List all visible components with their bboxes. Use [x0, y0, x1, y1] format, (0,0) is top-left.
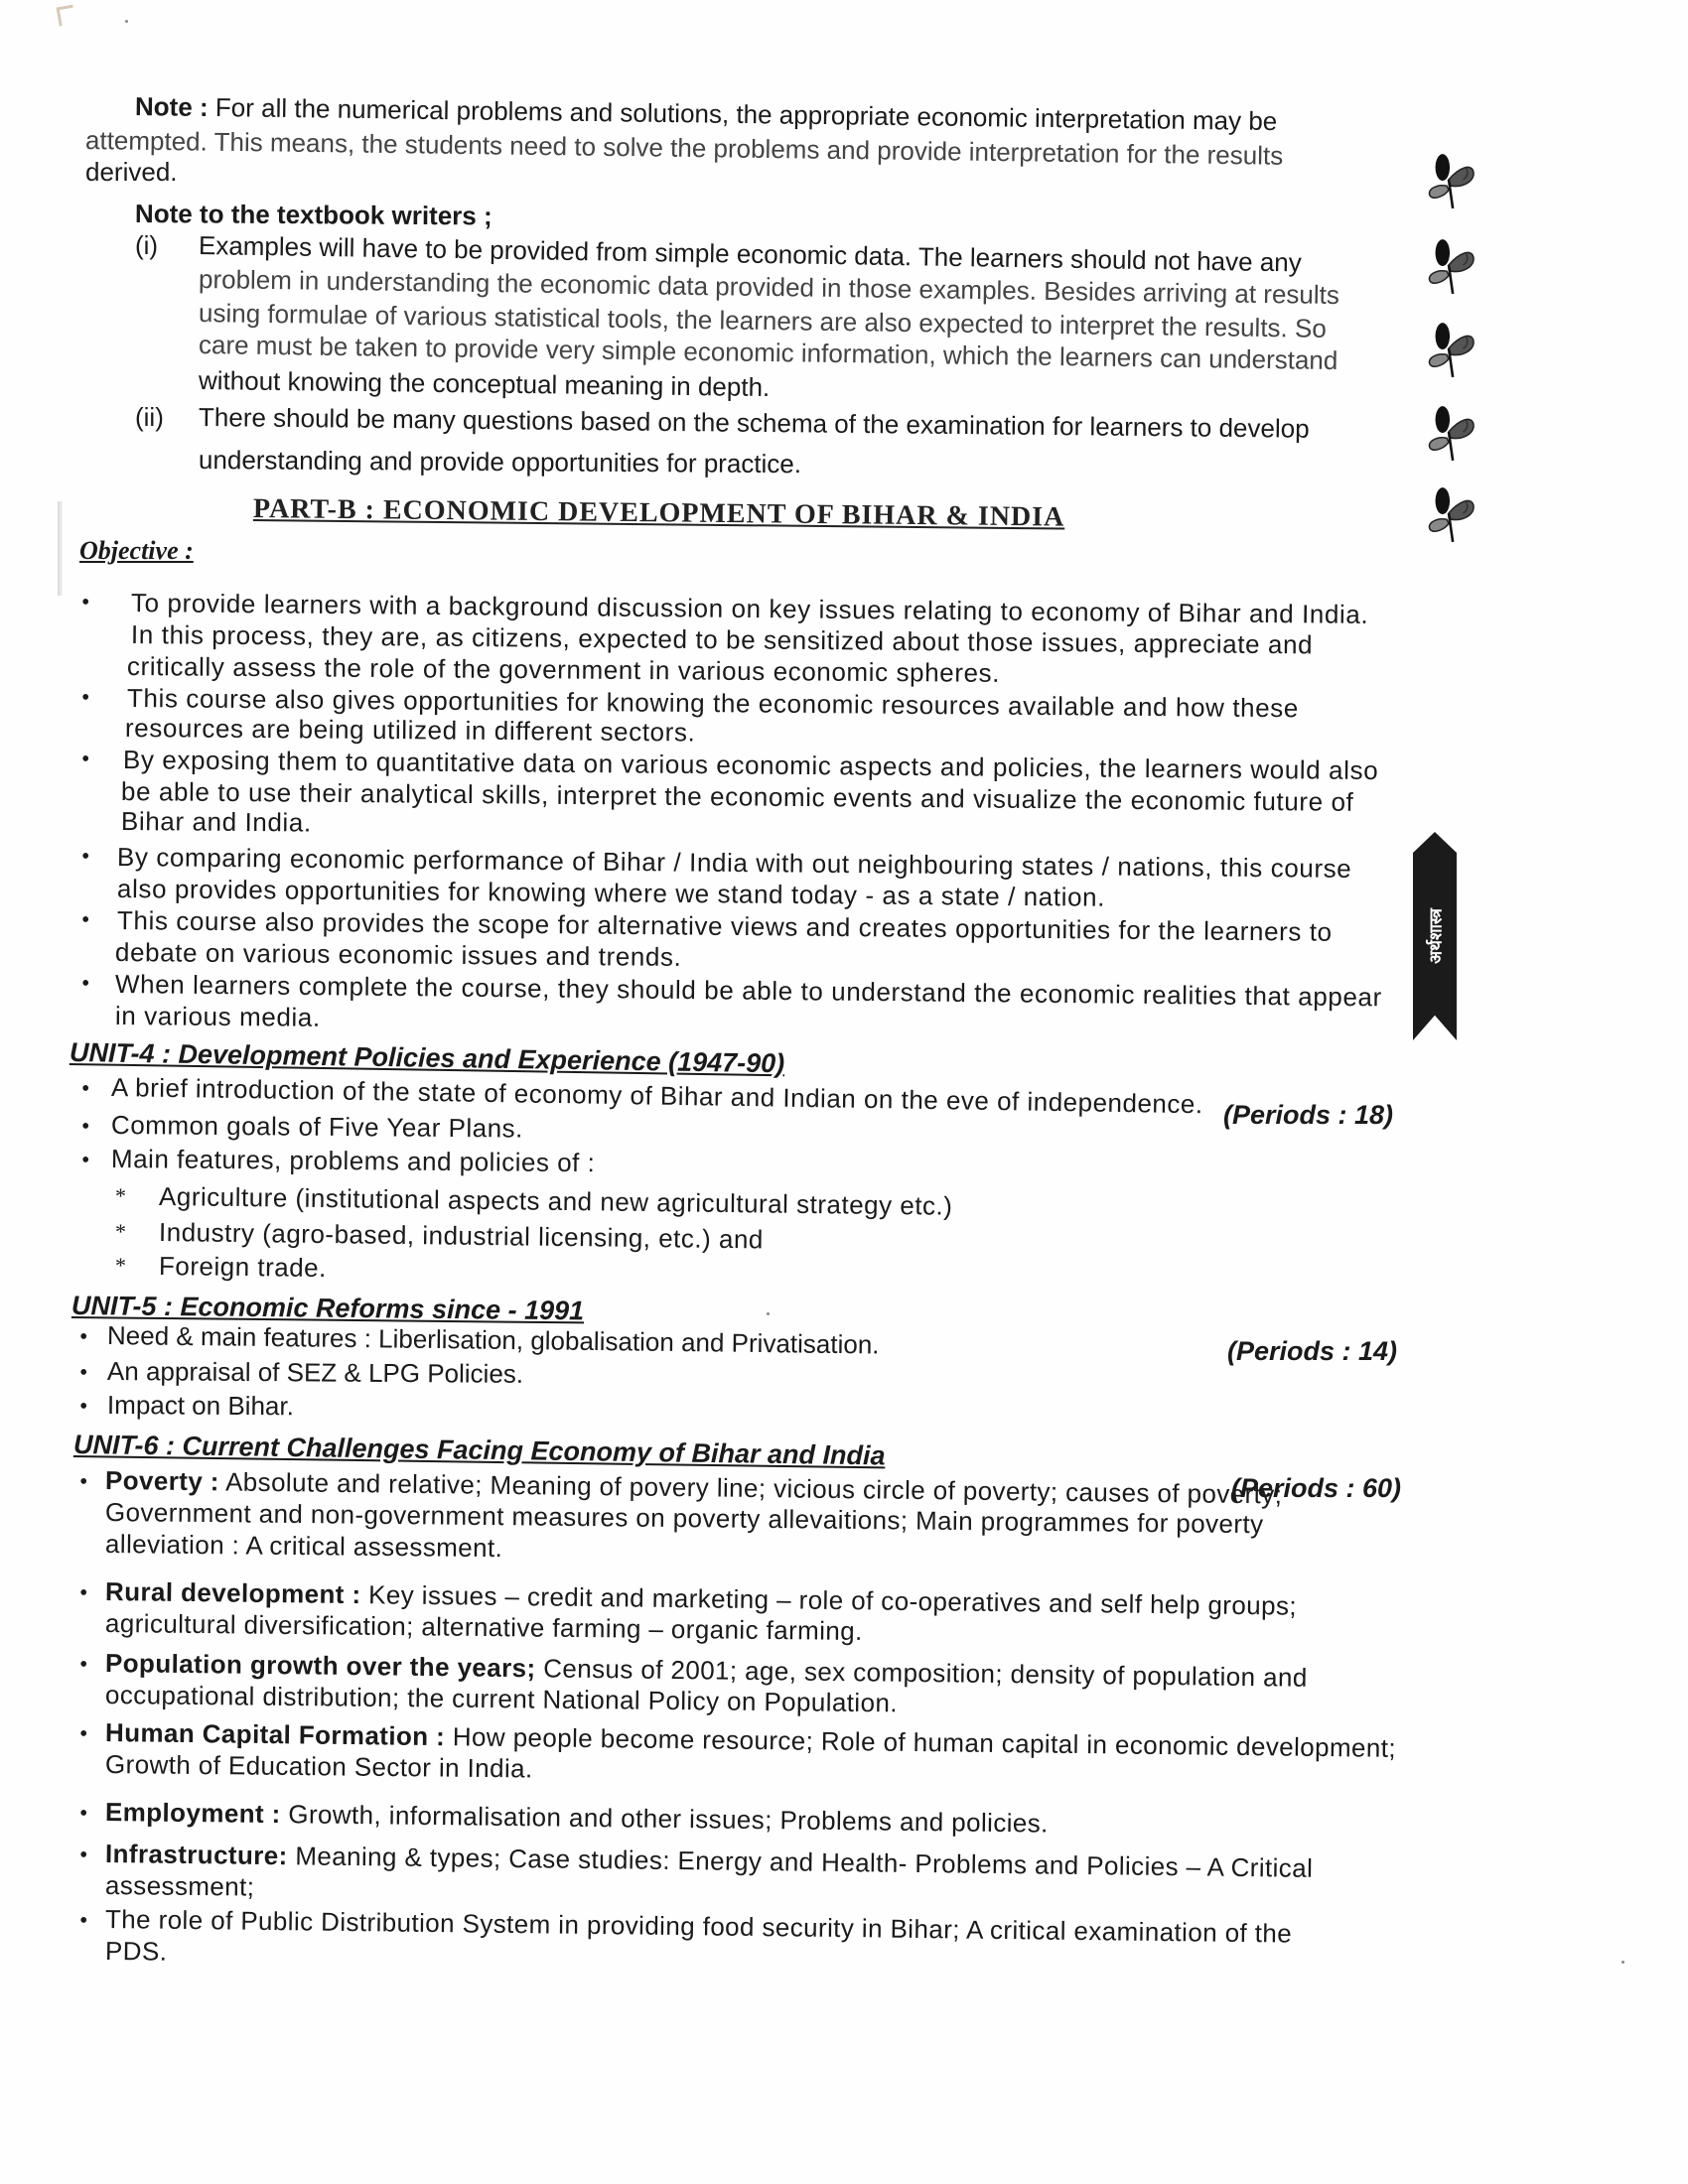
- flower-ornament-icon: [1418, 149, 1479, 210]
- periods-label: (Periods : 14): [1227, 1336, 1397, 1367]
- unit-subitem: Agriculture (institutional aspects and n…: [159, 1181, 953, 1221]
- bullet-icon: •: [79, 1580, 87, 1607]
- topic-label: Rural development :: [105, 1576, 361, 1609]
- unit-item: Common goals of Five Year Plans.: [111, 1110, 523, 1144]
- bullet-icon: •: [79, 1721, 87, 1748]
- topic-text: Growth, informalisation and other issues…: [281, 1799, 1049, 1838]
- topic-text: Meaning & types; Case studies: Energy an…: [288, 1841, 1314, 1883]
- bullet-icon: •: [79, 1324, 87, 1351]
- flower-ornament-icon: [1418, 401, 1479, 463]
- bullet-icon: •: [81, 1114, 89, 1141]
- objective-line: debate on various economic issues and tr…: [115, 937, 682, 972]
- bullet-icon: •: [81, 747, 89, 773]
- objective-label: Objective :: [79, 536, 194, 566]
- sub-bullet-icon: *: [115, 1181, 126, 1211]
- topic-continuation: assessment;: [105, 1870, 255, 1902]
- topic-line: The role of Public Distribution System i…: [105, 1904, 1292, 1949]
- flower-ornament-icon: [1418, 234, 1479, 296]
- bullet-icon: •: [79, 1652, 87, 1679]
- unit-subitem: Industry (agro-based, industrial licensi…: [159, 1217, 764, 1254]
- syllabus-page: Note : For all the numerical problems an…: [0, 0, 1688, 2184]
- topic-text: The role of Public Distribution System i…: [105, 1904, 1292, 1949]
- part-b-title: PART-B : ECONOMIC DEVELOPMENT OF BIHAR &…: [253, 494, 1065, 533]
- scan-speck: [1621, 1961, 1624, 1964]
- bullet-icon: •: [81, 1076, 89, 1103]
- ribbon-label: अर्थशास्त्र: [1424, 908, 1447, 964]
- unit-subitem: Foreign trade.: [159, 1251, 327, 1283]
- topic-line: Infrastructure: Meaning & types; Case st…: [105, 1839, 1314, 1883]
- bullet-icon: •: [81, 907, 89, 934]
- objective-line: in various media.: [115, 1001, 321, 1032]
- note-text: derived.: [85, 157, 178, 187]
- bullet-icon: •: [79, 1394, 87, 1421]
- bullet-icon: •: [79, 1843, 87, 1869]
- unit-item: An appraisal of SEZ & LPG Policies.: [107, 1356, 523, 1389]
- periods-label: (Periods : 18): [1223, 1100, 1393, 1131]
- topic-label: Employment :: [105, 1797, 281, 1829]
- writers-note-line: understanding and provide opportunities …: [199, 445, 801, 478]
- topic-label: Poverty :: [105, 1465, 219, 1496]
- unit-title: UNIT-6 : Current Challenges Facing Econo…: [73, 1430, 886, 1470]
- bookmark-ribbon-icon: अर्थशास्त्र: [1413, 832, 1457, 1040]
- writers-note-line: There should be many questions based on …: [199, 402, 1310, 444]
- topic-label: Human Capital Formation :: [105, 1717, 446, 1751]
- objective-line: Bihar and India.: [121, 806, 312, 838]
- sub-bullet-icon: *: [115, 1217, 126, 1247]
- bullet-icon: •: [81, 685, 89, 712]
- topic-label: Population growth over the years;: [105, 1648, 536, 1683]
- objective-line: resources are being utilized in differen…: [125, 713, 696, 748]
- flower-ornament-icon: [1418, 318, 1479, 379]
- bullet-icon: •: [81, 590, 89, 616]
- bullet-icon: •: [79, 1469, 87, 1496]
- topic-line: Employment : Growth, informalisation and…: [105, 1797, 1049, 1839]
- writers-note-line: without knowing the conceptual meaning i…: [199, 365, 771, 402]
- topic-continuation: alleviation : A critical assessment.: [105, 1529, 503, 1563]
- bullet-icon: •: [79, 1360, 87, 1387]
- scan-edge-shadow: [58, 501, 63, 596]
- writers-note-marker: (ii): [135, 402, 164, 432]
- objective-line: critically assess the role of the govern…: [127, 651, 1000, 688]
- unit-item: Impact on Bihar.: [107, 1390, 294, 1421]
- unit-item: Need & main features : Liberlisation, gl…: [107, 1320, 880, 1359]
- bullet-icon: •: [81, 1148, 89, 1174]
- topic-continuation: PDS.: [105, 1936, 168, 1967]
- scan-speck: [125, 20, 128, 23]
- unit-item: Main features, problems and policies of …: [111, 1144, 596, 1177]
- topic-text: How people become resource; Role of huma…: [445, 1721, 1396, 1763]
- note-label: Note :: [135, 91, 209, 122]
- topic-continuation: Growth of Education Sector in India.: [105, 1749, 533, 1784]
- scan-corner-mark: [56, 5, 75, 27]
- bullet-icon: •: [79, 1801, 87, 1828]
- writers-note-marker: (i): [135, 230, 158, 260]
- sub-bullet-icon: *: [115, 1251, 126, 1281]
- flower-ornament-icon: [1418, 482, 1479, 544]
- scan-speck: [767, 1312, 770, 1315]
- note-line-3: derived.: [85, 157, 178, 187]
- writers-note-title: Note to the textbook writers ;: [135, 199, 492, 231]
- bullet-icon: •: [81, 971, 89, 998]
- topic-label: Infrastructure:: [105, 1839, 288, 1870]
- bullet-icon: •: [81, 844, 89, 871]
- bullet-icon: •: [79, 1908, 87, 1935]
